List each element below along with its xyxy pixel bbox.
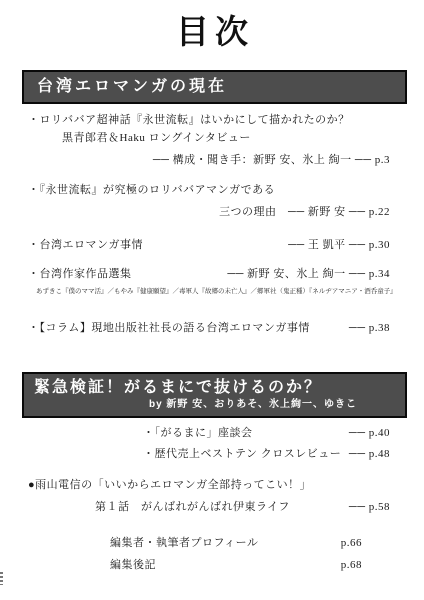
- toc-entry-label: ・台湾作家作品選集: [28, 267, 132, 281]
- toc-entry: 編集後記 p.68: [110, 558, 362, 572]
- section1-header-label: 台湾エロマンガの現在: [37, 78, 227, 95]
- toc-entry-label: ・台湾エロマンガ事情: [28, 238, 143, 252]
- toc-entry-subtitle: 黒青郎君＆Haku ロングインタビュー: [62, 131, 390, 145]
- toc-entry-note: あずきこ『僕のママ活』／もやみ『健康願望』／毒軍人『故郷の未亡人』／郷軍社（鬼正…: [36, 287, 410, 297]
- section2-byline: by 新野 安、おりあそ、氷上絢一、ゆきこ: [34, 398, 399, 412]
- toc-entry-page-ref: ── 新野 安、氷上 絢一 ── p.34: [227, 267, 390, 281]
- toc-entry: ・「がるまに」座談会 ── p.40: [143, 426, 390, 440]
- toc-entry-credit-page: 三つの理由 ── 新野 安 ── p.22: [28, 205, 390, 219]
- toc-entry-title: ・『永世流転』が究極のロリババアマンガである: [28, 183, 390, 197]
- section2-header-label: 緊急検証！がるまにで抜けるのか？: [34, 378, 399, 398]
- toc-entry-page-ref: p.68: [341, 558, 362, 572]
- toc-entry: ・台湾作家作品選集 ── 新野 安、氷上 絢一 ── p.34: [28, 267, 390, 281]
- toc-entry-label: ・【コラム】現地出版社社長の語る台湾エロマンガ事情: [28, 321, 310, 335]
- toc-entry-credit-page: ── 構成・聞き手：新野 安、氷上 絢一 ── p.3: [28, 153, 390, 167]
- toc-entry: 編集者・執筆者プロフィール p.66: [110, 536, 362, 550]
- toc-entry: 第１話 がんばれがんばれ伊東ライフ ── p.58: [95, 500, 390, 514]
- toc-entry-label: ・「がるまに」座談会: [143, 426, 253, 440]
- toc-entry-page-ref: p.66: [341, 536, 362, 550]
- toc-entry-label: 編集後記: [110, 558, 156, 572]
- section2-header-bar: 緊急検証！がるまにで抜けるのか？ by 新野 安、おりあそ、氷上絢一、ゆきこ: [22, 372, 407, 418]
- toc-entry-page-ref: ── p.40: [349, 426, 390, 440]
- toc-page: 目次 台湾エロマンガの現在 ・ロリババア超神話『永世流転』はいかにして描かれたの…: [0, 0, 424, 600]
- toc-entry-title: ●雨山電信の「いいからエロマンガ全部持ってこい！」: [28, 478, 390, 492]
- toc-entry-label: 編集者・執筆者プロフィール: [110, 536, 258, 550]
- page-edge-mark: [0, 572, 3, 585]
- toc-entry: ・【コラム】現地出版社社長の語る台湾エロマンガ事情 ── p.38: [28, 321, 390, 335]
- toc-entry: ・台湾エロマンガ事情 ── 王 凱平 ── p.30: [28, 238, 390, 252]
- toc-entry-label: ・歴代売上ベストテン クロスレビュー: [143, 447, 341, 461]
- toc-entry-title: ・ロリババア超神話『永世流転』はいかにして描かれたのか？: [28, 113, 390, 127]
- toc-entry-page-ref: ── p.58: [349, 500, 390, 514]
- toc-entry-label: 第１話 がんばれがんばれ伊東ライフ: [95, 500, 290, 514]
- toc-entry-page-ref: ── 王 凱平 ── p.30: [288, 238, 390, 252]
- toc-entry: ・歴代売上ベストテン クロスレビュー ── p.48: [143, 447, 390, 461]
- section1-header-bar: 台湾エロマンガの現在: [22, 70, 407, 104]
- toc-entry-page-ref: ── p.48: [349, 447, 390, 461]
- toc-entry-page-ref: ── p.38: [349, 321, 390, 335]
- page-title: 目次: [0, 0, 424, 52]
